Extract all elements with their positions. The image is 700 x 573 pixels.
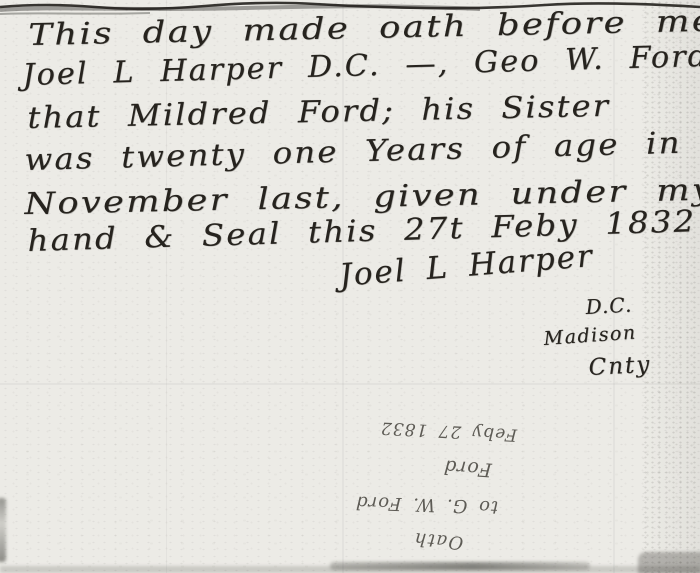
handwriting-line-3: that Mildred Ford; his Sister xyxy=(27,89,611,136)
scan-texture-right-edge xyxy=(642,0,700,573)
docket-line-date-upside-down: Feby 27 1832 xyxy=(380,417,518,444)
document-scan: This day made oath before me Joel L Harp… xyxy=(0,0,700,573)
signature-place-county-abbr: Cnty xyxy=(588,352,652,381)
docket-line-title-upside-down: Oath xyxy=(412,528,464,553)
vertical-fold-line xyxy=(613,0,615,573)
ink-smudge xyxy=(0,498,6,562)
horizontal-fold-line xyxy=(0,383,700,385)
docket-line-surname-upside-down: Ford xyxy=(442,455,492,480)
signature-title: D.C. xyxy=(585,293,633,319)
docket-line-addressee-upside-down: to G. W. Ford xyxy=(355,492,499,518)
signature-place-county-name: Madison xyxy=(543,322,637,350)
scan-shadow-bottom xyxy=(0,566,700,573)
scan-shadow-corner xyxy=(638,552,700,573)
